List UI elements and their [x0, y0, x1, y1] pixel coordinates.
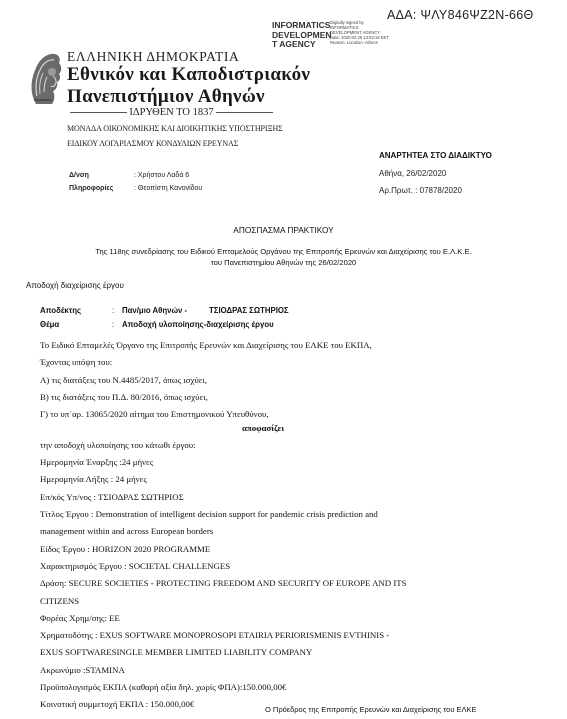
divider [216, 112, 273, 113]
ada-code: ΑΔΑ: ΨΛΥ846ΨΖ2Ν-66Θ [387, 8, 534, 22]
intro-line: Έχοντας υπόψη του: [40, 357, 112, 367]
founded-line: ΙΔΡΥΘΕΝ ΤΟ 1837 [70, 107, 273, 118]
republic-title: ΕΛΛΗΝΙΚΗ ΔΗΜΟΚΡΑΤΙΑ [67, 49, 239, 65]
decision-line: Φορέας Χρημ/σης: ΕΕ [40, 613, 120, 623]
decision-line: Χαρακτηρισμός Έργου : SOCIETAL CHALLENGE… [40, 561, 230, 571]
decision-line: management within and across European bo… [40, 526, 213, 536]
decision-line: Τίτλος Έργου : Demonstration of intellig… [40, 509, 378, 519]
session-line2: του Πανεπιστημίου Αθηνών της 26/02/2020 [0, 258, 567, 267]
decision-line: Είδος Έργου : HORIZON 2020 PROGRAMME [40, 544, 210, 554]
unit-name-line2: ΕΙΔΙΚΟΥ ΛΟΓΑΡΙΑΣΜΟΥ ΚΟΝΔΥΛΙΩΝ ΕΡΕΥΝΑΣ [67, 139, 238, 148]
city-date: Αθήνα, 26/02/2020 [379, 169, 446, 178]
decides-heading: αποφασίζει [242, 423, 284, 433]
decision-line: Επ/κός Υπ/νος : ΤΣΙΟΔΡΑΣ ΣΩΤΗΡΙΟΣ [40, 492, 184, 502]
unit-name-line1: ΜΟΝΑΔΑ ΟΙΚΟΝΟΜΙΚΗΣ ΚΑΙ ΔΙΟΙΚΗΤΙΚΗΣ ΥΠΟΣΤ… [67, 124, 283, 133]
intro-line: Β) τις διατάξεις του Π.Δ. 80/2016, όπως … [40, 392, 208, 402]
session-line1: Της 118ης συνεδρίασης του Ειδικού Επταμε… [0, 247, 567, 256]
address-value: : Χρήστου Λαδά 6 [134, 172, 189, 179]
protocol-number: Αρ.Πρωτ. : 07878/2020 [379, 186, 462, 195]
decision-line: Δράση: SECURE SOCIETIES - PROTECTING FRE… [40, 578, 407, 588]
intro-line: Το Ειδικό Επταμελές Όργανο της Επιτροπής… [40, 340, 372, 350]
decision-line: Ημερομηνία Λήξης : 24 μήνες [40, 474, 147, 484]
info-label: Πληροφορίες [69, 185, 113, 192]
intro-line: Γ) το υπ΄αρ. 13065/2020 αίτημα του Επιστ… [40, 409, 269, 419]
decision-line: EXUS SOFTWARESINGLE MEMBER LIMITED LIABI… [40, 647, 312, 657]
recipient-value: Παν/μιο Αθηνών - [122, 306, 187, 315]
intro-line: Α) τις διατάξεις του Ν.4485/2017, όπως ι… [40, 375, 207, 385]
divider [70, 112, 127, 113]
decision-line: Ακρωνύμιο :STAMINA [40, 665, 125, 675]
recipient-label: Αποδέκτης [40, 306, 81, 315]
university-name-line1: Εθνικόν και Καποδιστριακόν [67, 64, 310, 86]
university-name-line2: Πανεπιστήμιον Αθηνών [67, 86, 265, 108]
signature-signer: INFORMATICS DEVELOPMEN T AGENCY [272, 21, 334, 50]
section-heading: Αποδοχή διαχείρισης έργου [26, 281, 124, 290]
recipient-colon: : [112, 306, 114, 315]
document-title: ΑΠΟΣΠΑΣΜΑ ΠΡΑΚΤΙΚΟΥ [0, 225, 567, 235]
subject-colon: : [112, 320, 114, 329]
subject-label: Θέμα [40, 320, 59, 329]
decision-line: Χρηματοδότης : EXUS SOFTWARE MONOPROSOPI… [40, 630, 389, 640]
decision-line: την αποδοχή υλοποίησης του κάτωθι έργου: [40, 440, 196, 450]
founded-text: ΙΔΡΥΘΕΝ ΤΟ 1837 [127, 107, 215, 118]
publish-notice: ΑΝΑΡΤΗΤΕΑ ΣΤΟ ΔΙΑΔΙΚΤΥΟ [379, 151, 492, 160]
recipient-person: ΤΣΙΟΔΡΑΣ ΣΩΤΗΡΙΟΣ [209, 306, 289, 315]
decision-line: Προϋπολογισμός ΕΚΠΑ (καθαρή αξία δηλ. χω… [40, 682, 286, 692]
signature-details: Digitally signed by INFORMATICS DEVELOPM… [330, 20, 390, 45]
decision-line: CITIZENS [40, 596, 79, 606]
signatory: Ο Πρόεδρος της Επιτροπής Ερευνών και Δια… [265, 705, 477, 714]
info-value: : Θεοπίστη Κανονίδου [134, 185, 202, 192]
decision-line: Κοινοτική συμμετοχή ΕΚΠΑ : 150.000,00€ [40, 699, 194, 709]
subject-value: Αποδοχή υλοποίησης-διαχείρισης έργου [122, 320, 274, 329]
decision-line: Ημερομηνία Έναρξης :24 μήνες [40, 457, 153, 467]
address-label: Δ/νση [69, 172, 89, 179]
athena-head-icon [28, 50, 64, 106]
